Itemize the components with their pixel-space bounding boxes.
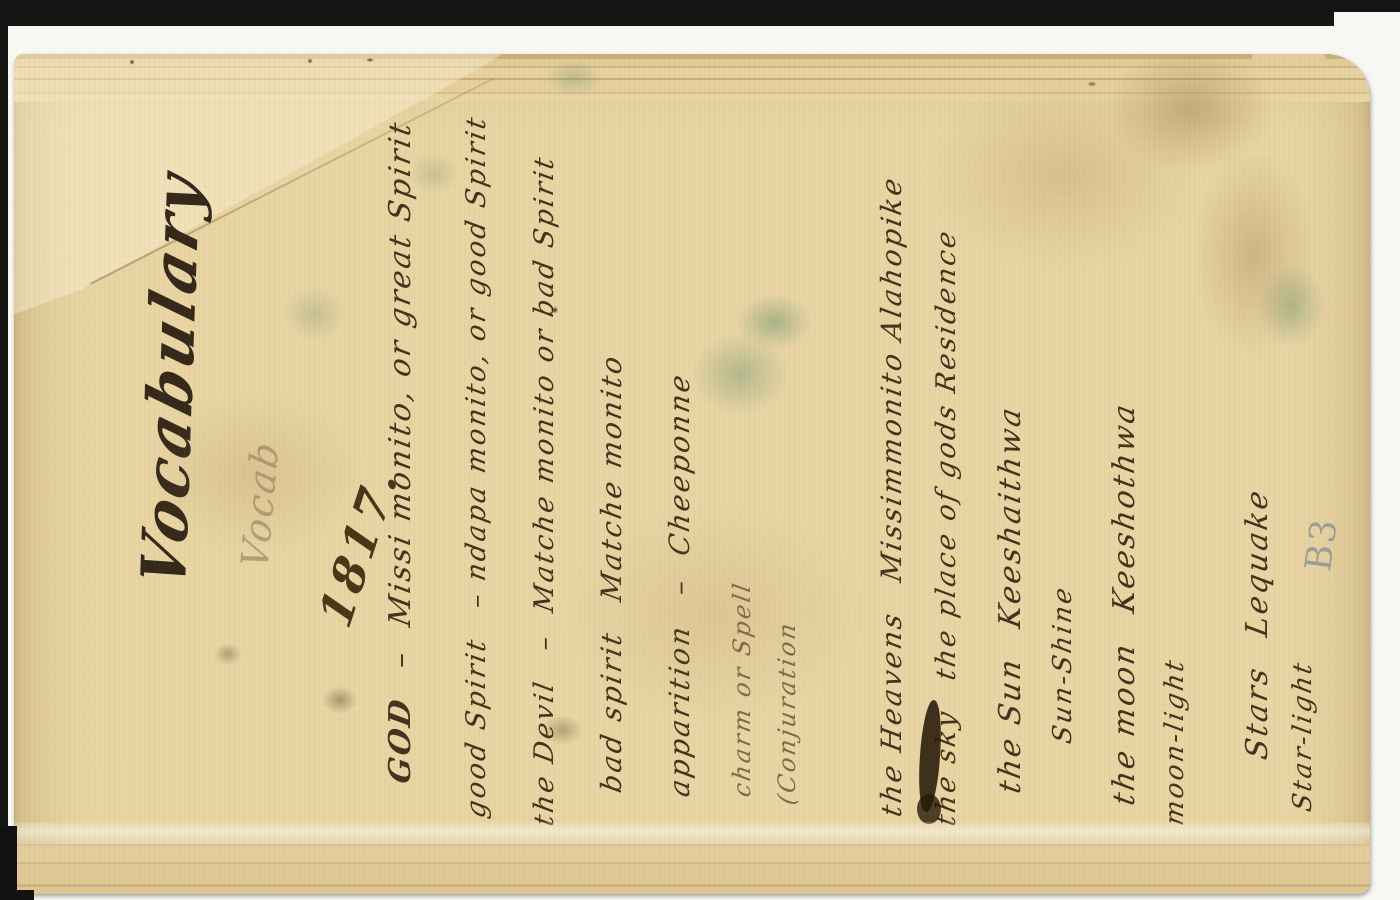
entry-term: (Conjuration <box>773 619 801 807</box>
entry-def <box>773 589 801 594</box>
entry-def: – ndapa monito, or good Spirit <box>461 113 492 611</box>
entry-term: GOD <box>383 695 418 786</box>
entry-def: Keeshothwa <box>1107 400 1142 616</box>
entry-def: – Missi monito, or great Spirit <box>383 118 418 671</box>
pencil-mark-b3: B3 <box>1298 515 1346 574</box>
entry-def: – Cheeponne <box>663 370 696 598</box>
manuscript-page: Vocabulary Vocab 1817. GOD– Missi monito… <box>14 54 1370 894</box>
entry-term: apparition <box>663 622 696 799</box>
entry-term: bad spirit <box>595 628 628 795</box>
entry-term: good Spirit <box>461 635 492 820</box>
pencil-mark-text: B3 <box>1298 515 1346 574</box>
entry-term: the Devil <box>529 678 560 829</box>
page-fold-bottom <box>14 822 1370 844</box>
entry-term: moon-light <box>1160 656 1190 828</box>
page-edges-top <box>14 54 1370 102</box>
entry-def: Lequake <box>1240 486 1275 640</box>
scanned-document: Vocabulary Vocab 1817. GOD– Missi monito… <box>0 0 1400 900</box>
scanner-frame-corner <box>0 890 34 900</box>
entry-term: Star-light <box>1288 658 1318 814</box>
worn-corner <box>1252 54 1326 66</box>
entry-def <box>728 549 756 554</box>
scanner-mat-edge <box>1334 12 1400 28</box>
entry-def: Matche monito <box>595 351 628 604</box>
scanner-frame-corner <box>0 826 17 900</box>
entry-def: – Matche monito or bad Spirit <box>529 153 560 653</box>
page-edges-bottom <box>14 844 1370 894</box>
ink-blot <box>917 794 941 824</box>
